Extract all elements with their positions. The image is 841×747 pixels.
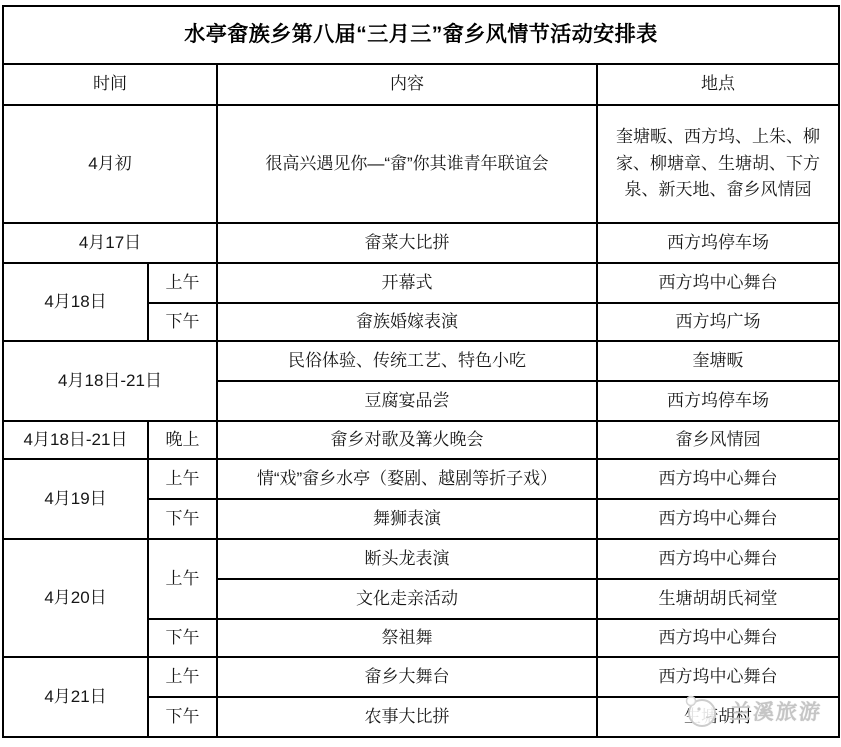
date-cell: 4月19日 (3, 459, 148, 539)
activity-cell: 很高兴遇见你—“畲”你其谁青年联谊会 (217, 105, 597, 223)
header-content: 内容 (217, 64, 597, 105)
location-cell: 西方坞中心舞台 (597, 263, 839, 303)
table-row: 4月18日-21日 民俗体验、传统工艺、特色小吃 奎塘畈 (3, 341, 839, 381)
location-cell: 奎塘畈、西方坞、上朱、柳家、柳塘章、生塘胡、下方泉、新天地、畲乡风情园 (597, 105, 839, 223)
table-row: 4月20日 上午 断头龙表演 西方坞中心舞台 (3, 539, 839, 579)
date-cell: 4月17日 (3, 223, 217, 263)
activity-cell: 文化走亲活动 (217, 579, 597, 619)
activity-cell: 畲乡大舞台 (217, 657, 597, 697)
period-cell: 下午 (148, 303, 217, 341)
date-cell: 4月18日-21日 (3, 421, 148, 459)
table-header-row: 时间 内容 地点 (3, 64, 839, 105)
location-cell: 西方坞广场 (597, 303, 839, 341)
header-time: 时间 (3, 64, 217, 105)
activity-cell: 农事大比拼 (217, 697, 597, 737)
period-cell: 上午 (148, 657, 217, 697)
period-cell: 上午 (148, 459, 217, 499)
activity-cell: 畲族婚嫁表演 (217, 303, 597, 341)
table-row: 4月19日 上午 情“戏”畲乡水亭（婺剧、越剧等折子戏） 西方坞中心舞台 (3, 459, 839, 499)
period-cell: 下午 (148, 499, 217, 539)
date-cell: 4月初 (3, 105, 217, 223)
activity-cell: 舞狮表演 (217, 499, 597, 539)
date-cell: 4月18日 (3, 263, 148, 341)
location-cell: 西方坞中心舞台 (597, 499, 839, 539)
period-cell: 晚上 (148, 421, 217, 459)
table-title: 水亭畲族乡第八届“三月三”畲乡风情节活动安排表 (3, 6, 839, 64)
schedule-table: 水亭畲族乡第八届“三月三”畲乡风情节活动安排表 时间 内容 地点 4月初 很高兴… (2, 5, 840, 738)
date-cell: 4月18日-21日 (3, 341, 217, 421)
table-row: 4月18日 上午 开幕式 西方坞中心舞台 (3, 263, 839, 303)
location-cell: 奎塘畈 (597, 341, 839, 381)
table-row: 4月18日-21日 晚上 畲乡对歌及篝火晚会 畲乡风情园 (3, 421, 839, 459)
header-location: 地点 (597, 64, 839, 105)
location-cell: 畲乡风情园 (597, 421, 839, 459)
activity-cell: 情“戏”畲乡水亭（婺剧、越剧等折子戏） (217, 459, 597, 499)
activity-cell: 畲菜大比拼 (217, 223, 597, 263)
page-background: 水亭畲族乡第八届“三月三”畲乡风情节活动安排表 时间 内容 地点 4月初 很高兴… (0, 0, 841, 747)
activity-cell: 开幕式 (217, 263, 597, 303)
location-cell: 西方坞停车场 (597, 381, 839, 421)
activity-cell: 民俗体验、传统工艺、特色小吃 (217, 341, 597, 381)
period-cell: 下午 (148, 619, 217, 657)
activity-cell: 祭祖舞 (217, 619, 597, 657)
activity-cell: 豆腐宴品尝 (217, 381, 597, 421)
location-cell: 西方坞中心舞台 (597, 459, 839, 499)
period-cell: 上午 (148, 263, 217, 303)
period-cell: 下午 (148, 697, 217, 737)
location-cell: 生塘胡村 (597, 697, 839, 737)
location-cell: 西方坞停车场 (597, 223, 839, 263)
table-row: 4月17日 畲菜大比拼 西方坞停车场 (3, 223, 839, 263)
table-row: 4月21日 上午 畲乡大舞台 西方坞中心舞台 (3, 657, 839, 697)
table-row: 4月初 很高兴遇见你—“畲”你其谁青年联谊会 奎塘畈、西方坞、上朱、柳家、柳塘章… (3, 105, 839, 223)
location-cell: 西方坞中心舞台 (597, 539, 839, 579)
location-cell: 西方坞中心舞台 (597, 619, 839, 657)
activity-cell: 畲乡对歌及篝火晚会 (217, 421, 597, 459)
date-cell: 4月20日 (3, 539, 148, 657)
table-title-row: 水亭畲族乡第八届“三月三”畲乡风情节活动安排表 (3, 6, 839, 64)
period-cell: 上午 (148, 539, 217, 619)
activity-cell: 断头龙表演 (217, 539, 597, 579)
date-cell: 4月21日 (3, 657, 148, 737)
location-cell: 西方坞中心舞台 (597, 657, 839, 697)
location-cell: 生塘胡胡氏祠堂 (597, 579, 839, 619)
